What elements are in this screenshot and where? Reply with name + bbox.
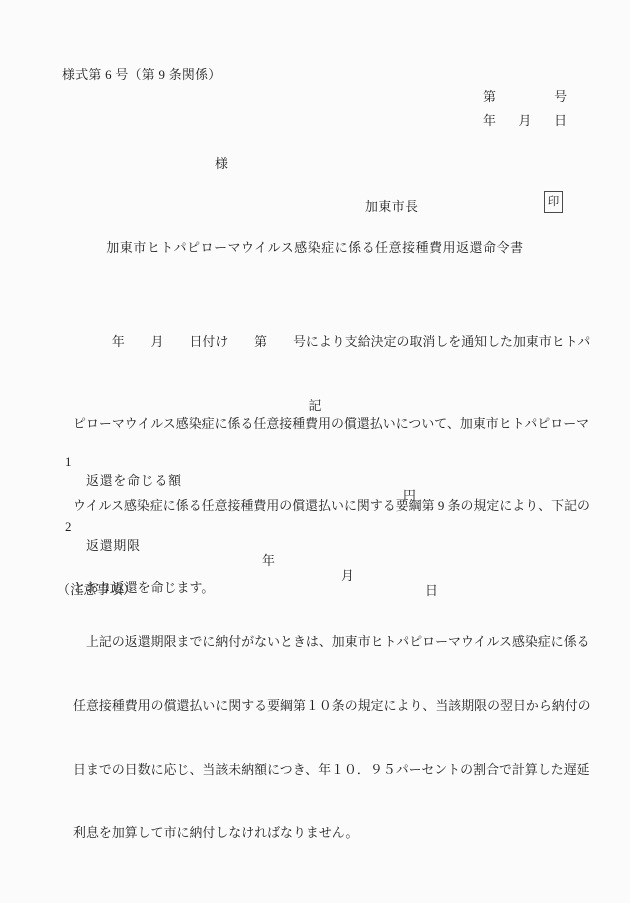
date-day-label: 日 [554, 110, 567, 129]
unit-label-yen: 円 [403, 485, 416, 504]
item-number: 2 [65, 520, 71, 535]
addressee-honorific: 様 [215, 153, 228, 172]
form-number: 様式第 6 号（第 9 条関係） [62, 64, 222, 83]
record-marker: 記 [0, 395, 630, 414]
doc-number-prefix: 第 [483, 86, 496, 105]
notes-line: 上記の返還期限までに納付がないときは、加東市ヒトパピローマウイルス感染症に係る [73, 632, 593, 653]
deadline-month-label: 月 [341, 565, 354, 584]
deadline-year-label: 年 [262, 550, 275, 569]
record-item-deadline: 2 返還期限 年 月 日 [0, 505, 630, 523]
date-year-label: 年 [483, 110, 496, 129]
body-line: ピローマウイルス感染症に係る任意接種費用の償還払いについて、加東市ヒトパピローマ [73, 411, 593, 438]
doc-number-line: 第 号 [483, 86, 567, 105]
doc-number-suffix: 号 [554, 86, 567, 105]
notes-line: 日までの日数に応じ、当該未納額につき、年１０．９５パーセントの割合で計算した遅延 [73, 760, 593, 781]
document-title: 加東市ヒトパピローマウイルス感染症に係る任意接種費用返還命令書 [0, 237, 630, 256]
date-month-label: 月 [519, 110, 532, 129]
seal-box: 印 [544, 191, 563, 213]
body-line: 年 月 日付け 第 号により支給決定の取消しを通知した加東市ヒトパ [73, 329, 593, 356]
issuer-name: 加東市長 [365, 196, 419, 215]
record-item-amount: 1 返還を命じる額 円 [0, 440, 630, 458]
item-label-amount: 返還を命じる額 [86, 470, 182, 489]
item-number: 1 [65, 455, 71, 470]
notes-line: 利息を加算して市に納付しなければなりません。 [73, 823, 593, 844]
notes-paragraph: 上記の返還期限までに納付がないときは、加東市ヒトパピローマウイルス感染症に係る … [73, 590, 593, 887]
notes-line: 任意接種費用の償還払いに関する要綱第１０条の規定により、当該期限の翌日から納付の [73, 696, 593, 717]
document-page: 様式第 6 号（第 9 条関係） 第 号 年 月 日 様 加東市長 印 加東市ヒ… [0, 0, 630, 903]
date-line: 年 月 日 [483, 110, 567, 129]
item-label-deadline: 返還期限 [86, 535, 141, 554]
